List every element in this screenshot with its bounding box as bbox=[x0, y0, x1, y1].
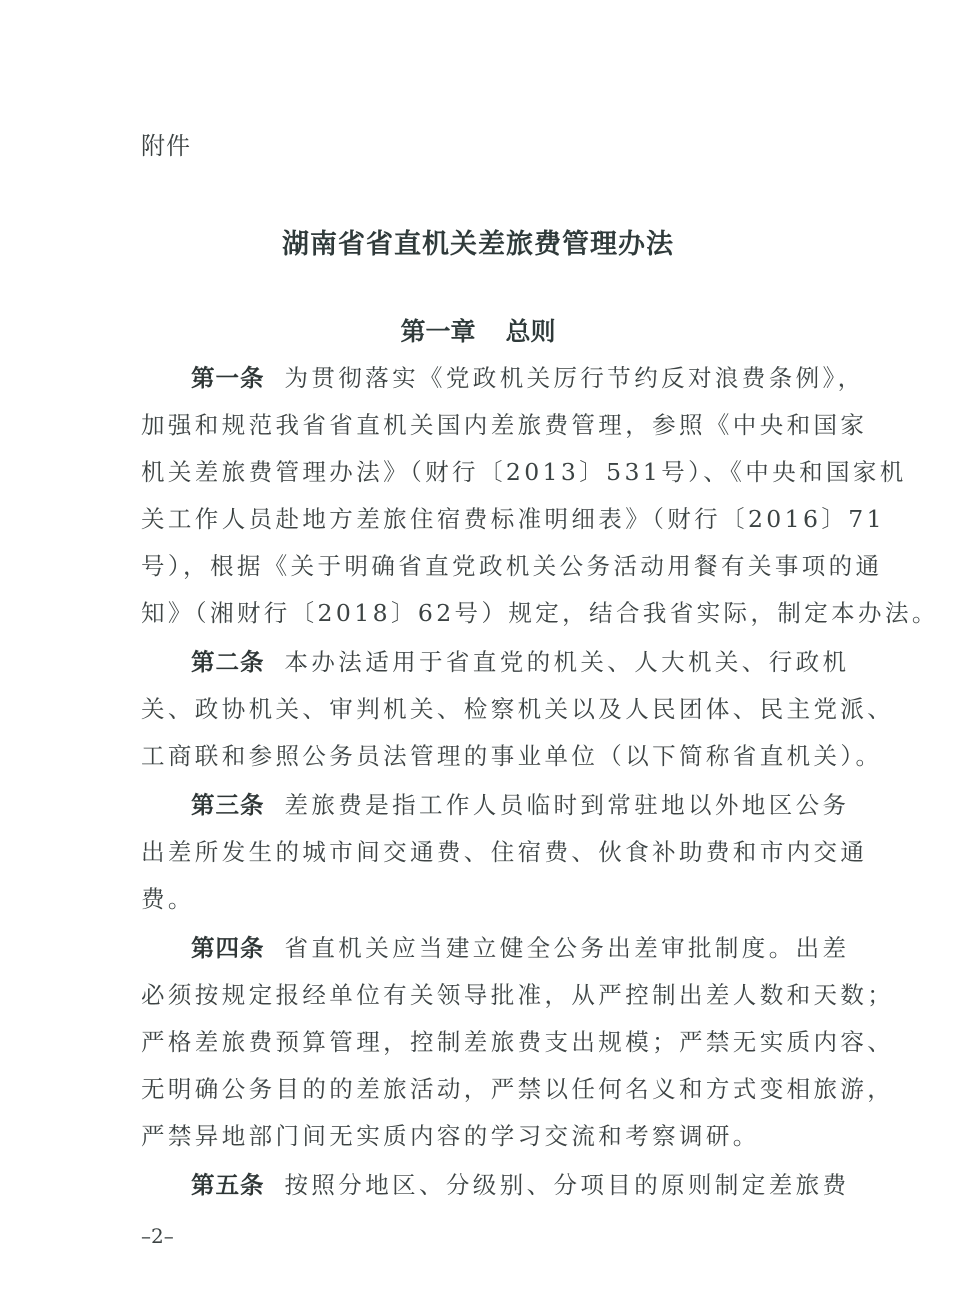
article-1-line-4: 关工作人员赴地方差旅住宿费标准明细表》（财行〔2016〕71 bbox=[141, 504, 831, 534]
article-3-line-1: 第三条差旅费是指工作人员临时到常驻地以外地区公务 bbox=[141, 790, 831, 820]
article-2-line-3: 工商联和参照公务员法管理的事业单位（以下简称省直机关）。 bbox=[141, 741, 831, 771]
article-2-line-2: 关、政协机关、审判机关、检察机关以及人民团体、民主党派、 bbox=[141, 694, 831, 724]
article-label: 第三条 bbox=[191, 791, 265, 819]
article-1-line-2: 加强和规范我省省直机关国内差旅费管理，参照《中央和国家 bbox=[141, 410, 831, 440]
page-number: –2– bbox=[141, 1224, 174, 1248]
article-4-line-2: 必须按规定报经单位有关领导批准，从严控制出差人数和天数； bbox=[141, 980, 831, 1010]
article-4-line-5: 严禁异地部门间无实质内容的学习交流和考察调研。 bbox=[141, 1121, 831, 1151]
article-4-line-4: 无明确公务目的的差旅活动，严禁以任何名义和方式变相旅游， bbox=[141, 1074, 831, 1104]
article-1-line-3: 机关差旅费管理办法》（财行〔2013〕531号）、《中央和国家机 bbox=[141, 457, 831, 487]
attachment-label: 附件 bbox=[141, 126, 191, 161]
article-4-line-3: 严格差旅费预算管理，控制差旅费支出规模；严禁无实质内容、 bbox=[141, 1027, 831, 1057]
article-5-line-1: 第五条按照分地区、分级别、分项目的原则制定差旅费 bbox=[141, 1170, 831, 1200]
article-1-line-6: 知》（湘财行〔2018〕62号）规定，结合我省实际，制定本办法。 bbox=[141, 598, 831, 628]
article-3-line-2: 出差所发生的城市间交通费、住宿费、伙食补助费和市内交通 bbox=[141, 837, 831, 867]
chapter-name: 总则 bbox=[506, 317, 556, 346]
article-1-line-1: 第一条为贯彻落实《党政机关厉行节约反对浪费条例》， bbox=[141, 363, 831, 393]
document-page: 附件 湖南省省直机关差旅费管理办法 第一章总则 第一条为贯彻落实《党政机关厉行节… bbox=[0, 0, 956, 1289]
chapter-number: 第一章 bbox=[400, 317, 475, 346]
article-label: 第二条 bbox=[191, 648, 265, 676]
article-3-line-3: 费。 bbox=[141, 884, 831, 914]
article-label: 第四条 bbox=[191, 934, 265, 962]
article-label: 第五条 bbox=[191, 1171, 265, 1199]
article-2-line-1: 第二条本办法适用于省直党的机关、人大机关、行政机 bbox=[141, 647, 831, 677]
document-title: 湖南省省直机关差旅费管理办法 bbox=[0, 222, 956, 261]
article-4-line-1: 第四条省直机关应当建立健全公务出差审批制度。出差 bbox=[141, 933, 831, 963]
article-label: 第一条 bbox=[191, 364, 265, 392]
chapter-heading: 第一章总则 bbox=[0, 312, 956, 348]
article-1-line-5: 号），根据《关于明确省直党政机关公务活动用餐有关事项的通 bbox=[141, 551, 831, 581]
